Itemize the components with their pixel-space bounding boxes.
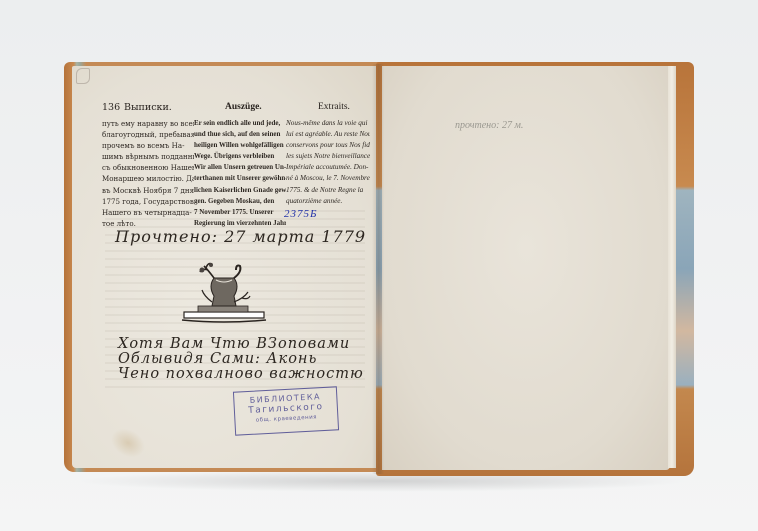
text-line: quatorzième année.	[286, 196, 370, 207]
text-line: gen. Gegeben Moskau, den	[194, 196, 286, 207]
inscription-line: Хотя Вам Чтю ВЗоповами	[118, 337, 364, 352]
text-line: Nous-même dans la voie qui	[286, 118, 370, 129]
german-title: Auszüge.	[225, 102, 262, 112]
text-line: благоугодный, пребывая въ	[102, 129, 194, 140]
text-line: шимъ вѣрнымъ подданнымъ	[102, 151, 194, 162]
text-line: lichen Kaiserlichen Gnade gewo-	[194, 185, 286, 196]
text-line: Wege. Übrigens verbleiben	[194, 151, 286, 162]
pencil-note: прочтено: 27 м.	[455, 120, 523, 131]
text-line: Er sein endlich alle und jede,	[194, 118, 286, 129]
page-number: 136	[102, 102, 120, 113]
handwritten-read-note: Прочтено: 27 марта 1779	[115, 227, 366, 246]
text-line: und thue sich, auf den seinen	[194, 129, 286, 140]
right-page	[382, 66, 670, 470]
inventory-number: 2375Б	[284, 208, 318, 220]
page-edges	[668, 66, 676, 468]
handwritten-inscription: Хотя Вам Чтю ВЗоповами Облывидя Сами: Ак…	[118, 337, 364, 382]
german-column: Er sein endlich alle und jede, und thue …	[194, 118, 286, 229]
text-line: Impériale accoutumée. Don-	[286, 162, 370, 173]
inscription-line: Чено похвалново важностю	[118, 367, 364, 382]
text-line: съ обыкновенною Нашею	[102, 162, 194, 173]
french-column: Nous-même dans la voie qui lui est agréa…	[286, 118, 370, 207]
text-line: terthanen mit Unserer gewöhn-	[194, 173, 286, 184]
text-line: Wir allen Unsern getreuen Un-	[194, 162, 286, 173]
text-line: Нашего въ четырнадца-	[102, 207, 194, 218]
text-line: les sujets Notre bienveillance	[286, 151, 370, 162]
inscription-line: Облывидя Сами: Аконь	[118, 352, 364, 367]
urn-vignette-icon	[178, 262, 270, 324]
text-line: né à Moscou, le 7. Novembre	[286, 173, 370, 184]
text-line: lui est agréable. Au reste Nous	[286, 129, 370, 140]
text-line: путь ему наравну во всемъ	[102, 118, 194, 129]
book-gutter	[372, 64, 384, 474]
french-title: Extraits.	[318, 102, 350, 112]
corner-pencil-mark	[76, 68, 90, 84]
text-line: 7 November 1775. Unserer	[194, 207, 286, 218]
text-line: въ Москвѣ Ноября 7 дня	[102, 185, 194, 196]
text-line: 1775 года, Государствованія	[102, 196, 194, 207]
text-line: 1775. & de Notre Regne la	[286, 185, 370, 196]
text-line: heiligen Willen wohlgefälligen	[194, 140, 286, 151]
text-line: прочемъ во всемъ На-	[102, 140, 194, 151]
library-stamp: БИБЛИОТЕКА Тагильского общ. краеведения	[233, 386, 339, 435]
russian-column: путь ему наравну во всемъ благоугодный, …	[102, 118, 194, 229]
russian-title: Выписки.	[124, 102, 172, 113]
text-line: Монаршею милостію. Данъ	[102, 173, 194, 184]
handwritten-read-note-text: Прочтено: 27 марта 1779	[115, 227, 366, 246]
text-line: conservons pour tous Nos fidè-	[286, 140, 370, 151]
